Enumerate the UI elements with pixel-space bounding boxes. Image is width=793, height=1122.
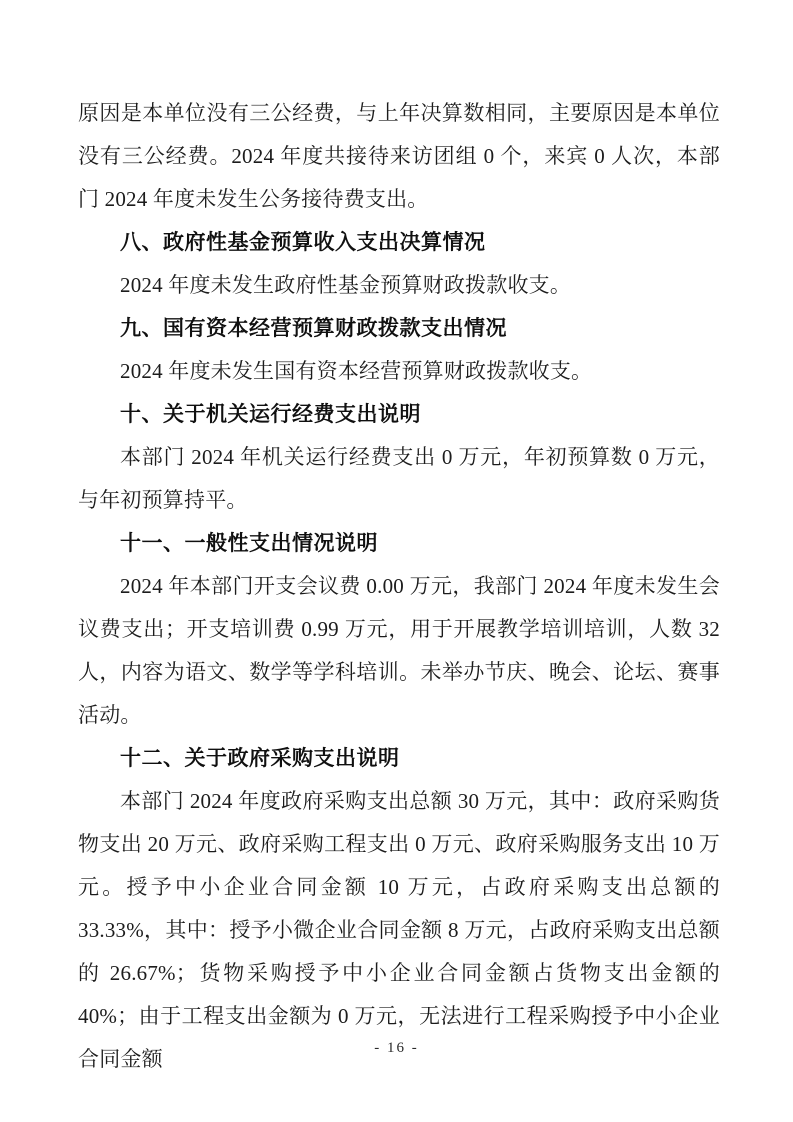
paragraph: 本部门 2024 年机关运行经费支出 0 万元，年初预算数 0 万元，与年初预算… [78,436,720,522]
document-page: 原因是本单位没有三公经费，与上年决算数相同，主要原因是本单位没有三公经费。202… [0,0,793,1122]
document-body: 原因是本单位没有三公经费，与上年决算数相同，主要原因是本单位没有三公经费。202… [78,92,720,1081]
section-heading-10: 十、关于机关运行经费支出说明 [78,393,720,436]
section-heading-8: 八、政府性基金预算收入支出决算情况 [78,221,720,264]
paragraph: 原因是本单位没有三公经费，与上年决算数相同，主要原因是本单位没有三公经费。202… [78,92,720,221]
paragraph: 2024 年本部门开支会议费 0.00 万元，我部门 2024 年度未发生会议费… [78,565,720,737]
page-number: - 16 - [0,1037,793,1059]
section-heading-11: 十一、一般性支出情况说明 [78,522,720,565]
section-heading-12: 十二、关于政府采购支出说明 [78,737,720,780]
section-heading-9: 九、国有资本经营预算财政拨款支出情况 [78,307,720,350]
paragraph: 本部门 2024 年度政府采购支出总额 30 万元，其中：政府采购货物支出 20… [78,780,720,1081]
paragraph: 2024 年度未发生政府性基金预算财政拨款收支。 [78,264,720,307]
paragraph: 2024 年度未发生国有资本经营预算财政拨款收支。 [78,350,720,393]
